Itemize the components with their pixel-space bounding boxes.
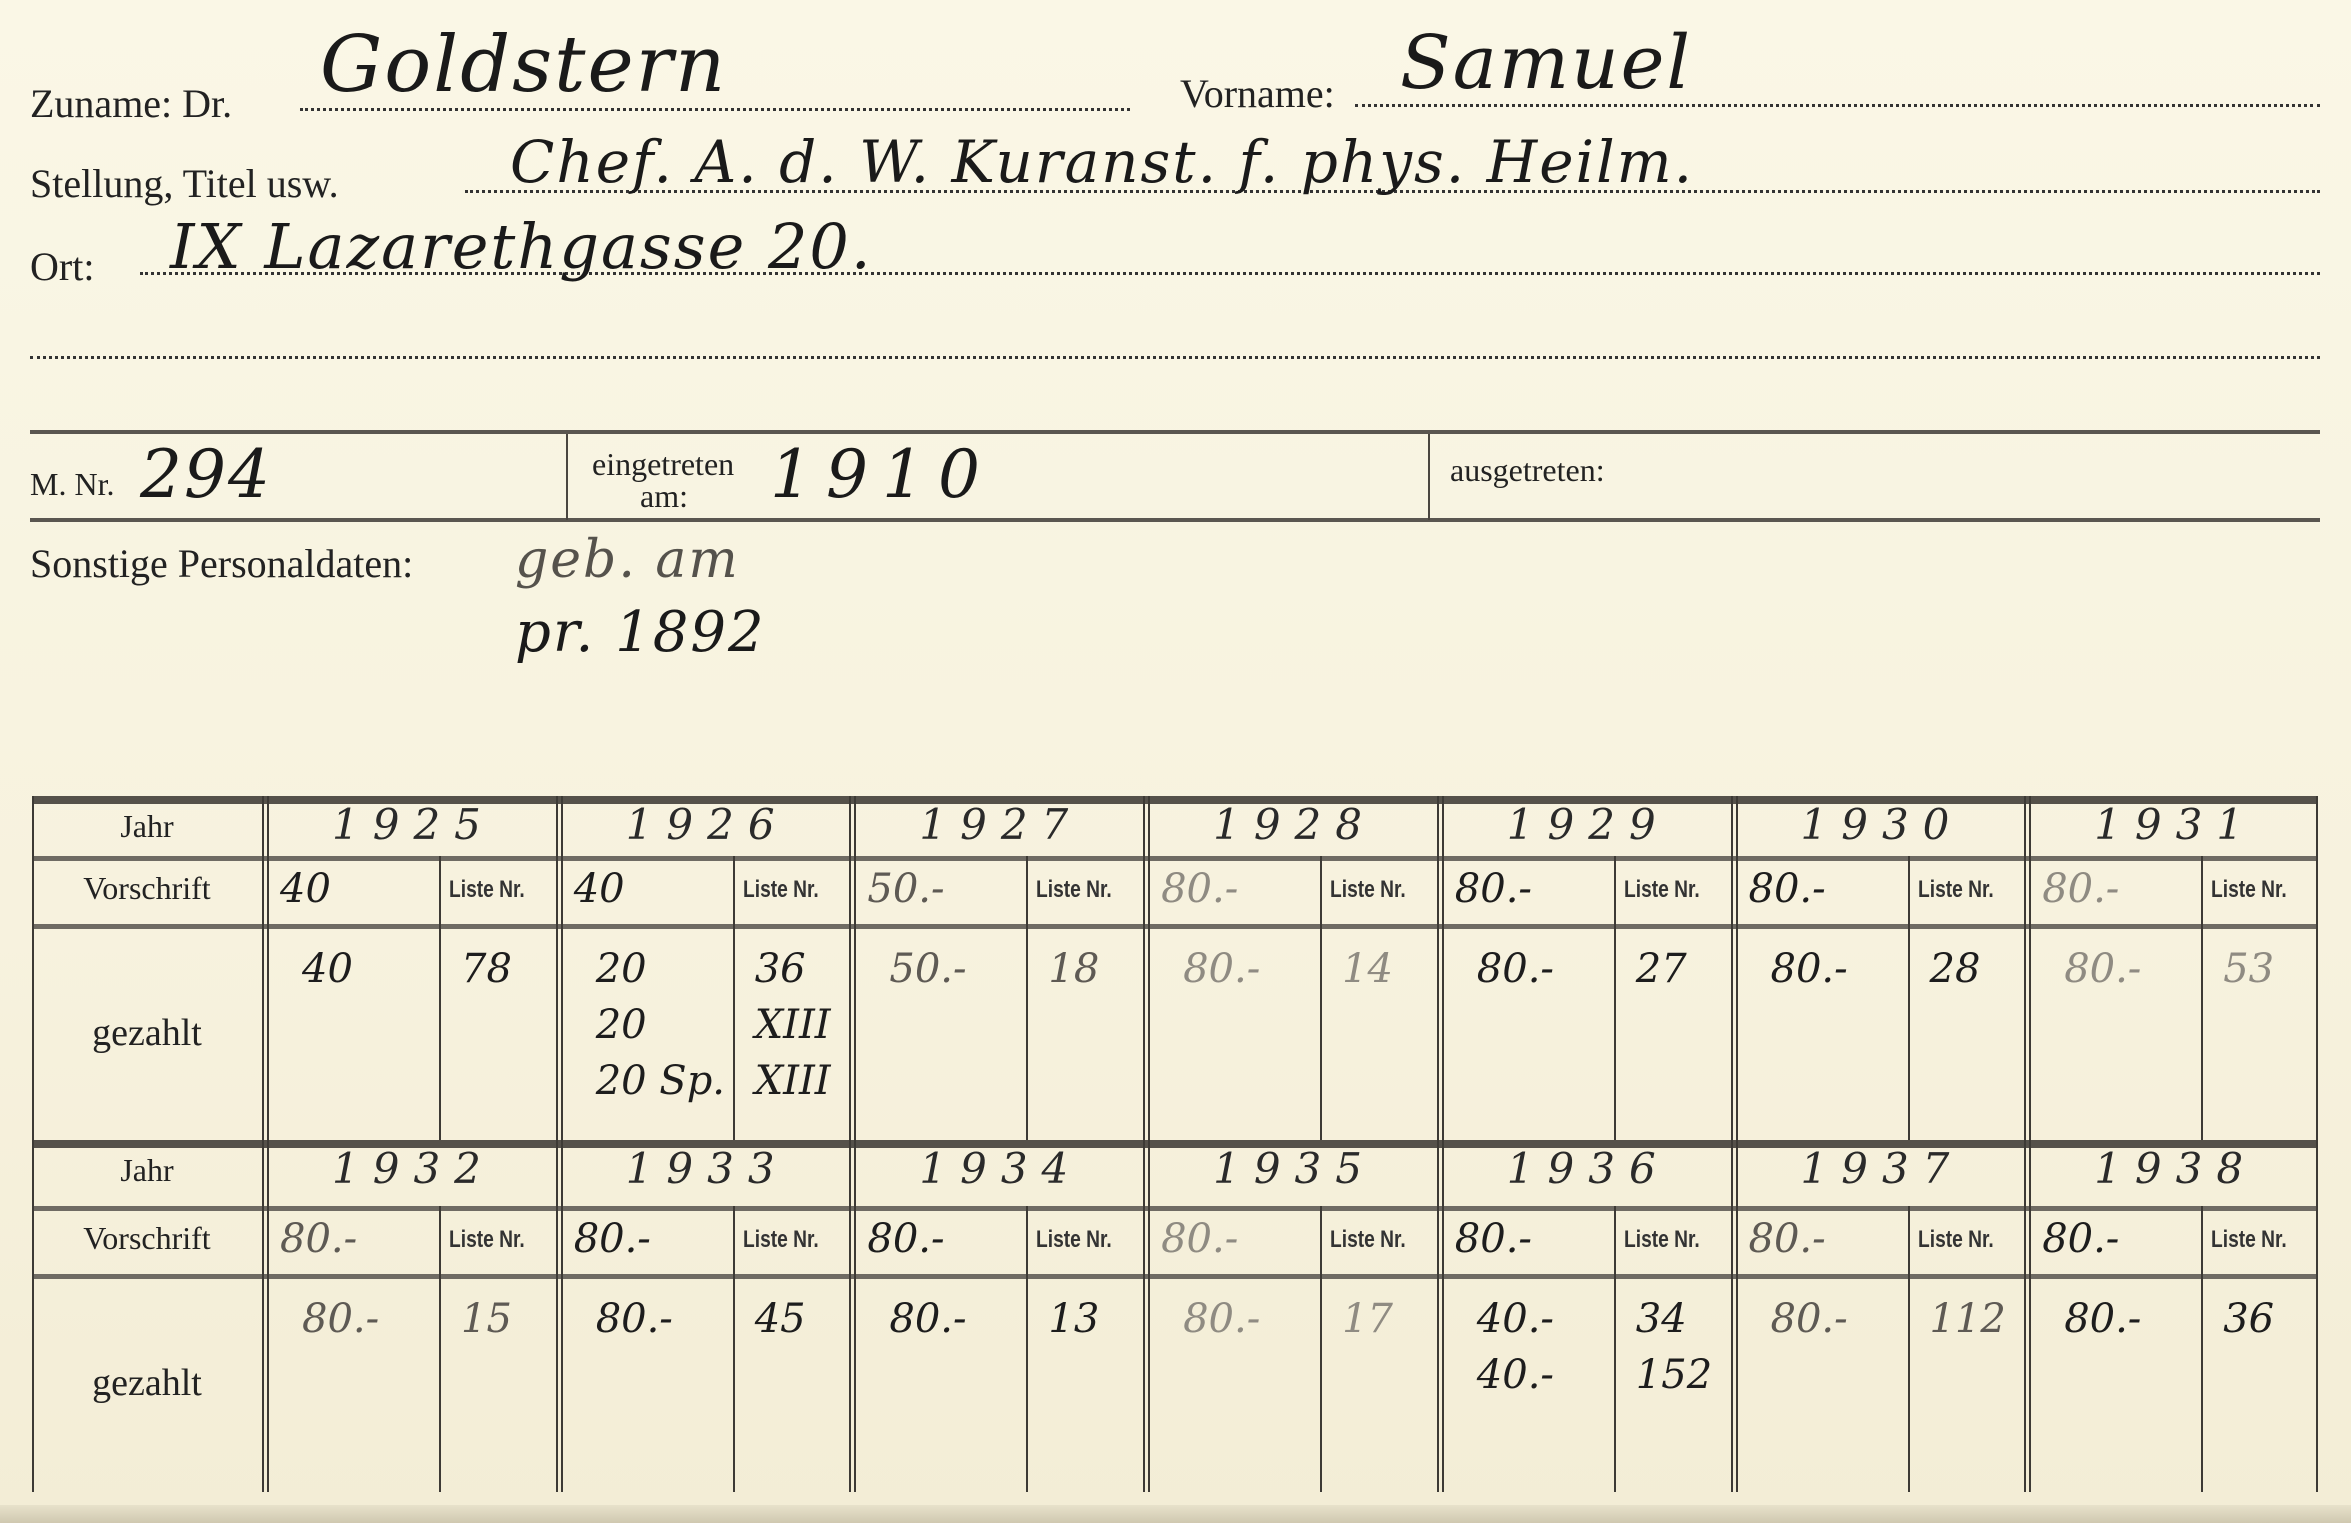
year-value: 1926 bbox=[626, 800, 789, 849]
paid-value: 80.- bbox=[1477, 940, 1554, 998]
year-value: 1925 bbox=[332, 800, 495, 849]
paid-label: gezahlt bbox=[32, 1361, 262, 1405]
membership-bottom-rule bbox=[30, 518, 2320, 522]
year-value: 1931 bbox=[2094, 800, 2257, 849]
year-block-border bbox=[556, 796, 563, 1141]
list-no-value: 36 bbox=[755, 940, 806, 998]
list-no-value: 14 bbox=[1342, 940, 1393, 998]
payments-table-1925-1931: JahrVorschriftgezahlt192540Liste Nr.4078… bbox=[32, 796, 2318, 1141]
position-value: Chef. A. d. W. Kuranst. f. phys. Heilm. bbox=[510, 128, 1694, 196]
list-no-divider bbox=[1320, 1206, 1322, 1492]
list-no-label: Liste Nr. bbox=[1036, 876, 1112, 904]
prescribed-value: 80.- bbox=[2042, 1210, 2119, 1268]
prescribed-label: Vorschrift bbox=[32, 1220, 262, 1257]
list-no-value: 13 bbox=[1048, 1290, 1099, 1348]
year-block-border bbox=[1731, 1140, 1738, 1492]
list-no-value: 18 bbox=[1048, 940, 1099, 998]
paid-value: 80.- bbox=[2064, 1290, 2141, 1348]
paid-value: 40 bbox=[302, 940, 353, 998]
list-no-divider bbox=[1614, 856, 1616, 1141]
list-no-label: Liste Nr. bbox=[449, 1226, 525, 1254]
firstname-label: Vorname: bbox=[1180, 70, 1335, 117]
prescribed-label: Vorschrift bbox=[32, 870, 262, 907]
left-label: ausgetreten: bbox=[1450, 452, 1605, 489]
paid-value: 20 bbox=[596, 940, 647, 998]
joined-label-2: am: bbox=[640, 478, 688, 515]
year-block-border bbox=[262, 796, 269, 1141]
list-no-divider bbox=[1908, 1206, 1910, 1492]
list-no-label: Liste Nr. bbox=[2211, 1226, 2287, 1254]
year-label: Jahr bbox=[32, 1152, 262, 1189]
paid-value: 80.- bbox=[1771, 1290, 1848, 1348]
paid-value: 20 Sp. bbox=[596, 1052, 725, 1110]
personal-data-line-2: pr. 1892 bbox=[515, 600, 766, 665]
paid-value: 80.- bbox=[1183, 1290, 1260, 1348]
list-no-value: 53 bbox=[2223, 940, 2274, 998]
list-no-value: 28 bbox=[1930, 940, 1981, 998]
paid-value: 40.- bbox=[1477, 1346, 1554, 1404]
joined-value: 1910 bbox=[770, 436, 994, 513]
prescribed-value: 80.- bbox=[1161, 1210, 1238, 1268]
prescribed-value: 80.- bbox=[280, 1210, 357, 1268]
paid-label: gezahlt bbox=[32, 1011, 262, 1055]
prescribed-value: 80.- bbox=[1161, 860, 1238, 918]
year-value: 1932 bbox=[332, 1144, 495, 1193]
membership-index-card: Zuname: Dr. Goldstern Vorname: Samuel St… bbox=[0, 0, 2351, 1523]
year-value: 1938 bbox=[2094, 1144, 2257, 1193]
paid-value: 80.- bbox=[1183, 940, 1260, 998]
year-value: 1927 bbox=[919, 800, 1082, 849]
year-value: 1929 bbox=[1507, 800, 1670, 849]
year-block-border bbox=[262, 1140, 269, 1492]
list-no-label: Liste Nr. bbox=[1918, 1226, 1994, 1254]
table-left-border bbox=[32, 1140, 34, 1492]
year-value: 1928 bbox=[1213, 800, 1376, 849]
prescribed-value: 50.- bbox=[867, 860, 944, 918]
prescribed-value: 80.- bbox=[574, 1210, 651, 1268]
list-no-value: 34 bbox=[1636, 1290, 1687, 1348]
paid-value: 20 bbox=[596, 996, 647, 1054]
prescribed-row-rule bbox=[32, 924, 2318, 929]
list-no-divider bbox=[1320, 856, 1322, 1141]
member-no-label: M. Nr. bbox=[30, 466, 114, 503]
year-block-border bbox=[1143, 796, 1150, 1141]
list-no-divider bbox=[2201, 856, 2203, 1141]
list-no-label: Liste Nr. bbox=[1036, 1226, 1112, 1254]
year-value: 1937 bbox=[1801, 1144, 1964, 1193]
list-no-value: 15 bbox=[461, 1290, 512, 1348]
position-label: Stellung, Titel usw. bbox=[30, 160, 339, 207]
prescribed-value: 80.- bbox=[867, 1210, 944, 1268]
year-value: 1933 bbox=[626, 1144, 789, 1193]
paid-value: 40.- bbox=[1477, 1290, 1554, 1348]
list-no-label: Liste Nr. bbox=[743, 876, 819, 904]
list-no-divider bbox=[1026, 856, 1028, 1141]
prescribed-row-rule bbox=[32, 1274, 2318, 1279]
surname-value: Goldstern bbox=[320, 20, 727, 110]
year-value: 1934 bbox=[919, 1144, 1082, 1193]
paid-value: 80.- bbox=[596, 1290, 673, 1348]
place-label: Ort: bbox=[30, 243, 94, 290]
membership-divider-2 bbox=[1428, 434, 1430, 520]
year-block-border bbox=[1437, 796, 1444, 1141]
personal-data-label: Sonstige Personaldaten: bbox=[30, 540, 413, 587]
membership-divider-1 bbox=[566, 434, 568, 520]
list-no-value: 27 bbox=[1636, 940, 1687, 998]
personal-data-line-1: geb. am bbox=[515, 530, 740, 590]
year-block-border bbox=[1143, 1140, 1150, 1492]
paid-value: 80.- bbox=[1771, 940, 1848, 998]
year-label: Jahr bbox=[32, 808, 262, 845]
prescribed-value: 40 bbox=[574, 860, 625, 918]
list-no-label: Liste Nr. bbox=[1624, 876, 1700, 904]
list-no-divider bbox=[1026, 1206, 1028, 1492]
year-block-border bbox=[849, 796, 856, 1141]
list-no-value: 36 bbox=[2223, 1290, 2274, 1348]
list-no-value: 45 bbox=[755, 1290, 806, 1348]
paid-value: 80.- bbox=[302, 1290, 379, 1348]
year-value: 1935 bbox=[1213, 1144, 1376, 1193]
list-no-label: Liste Nr. bbox=[743, 1226, 819, 1254]
list-no-label: Liste Nr. bbox=[449, 876, 525, 904]
paid-value: 80.- bbox=[2064, 940, 2141, 998]
list-no-value: 17 bbox=[1342, 1290, 1393, 1348]
prescribed-value: 40 bbox=[280, 860, 331, 918]
list-no-value: 112 bbox=[1930, 1290, 2006, 1348]
place-value: IX Lazarethgasse 20. bbox=[170, 210, 873, 283]
prescribed-value: 80.- bbox=[1749, 860, 1826, 918]
member-no-value: 294 bbox=[140, 436, 272, 513]
list-no-divider bbox=[439, 1206, 441, 1492]
year-value: 1930 bbox=[1801, 800, 1964, 849]
year-block-border bbox=[2024, 1140, 2031, 1492]
prescribed-value: 80.- bbox=[1455, 860, 1532, 918]
year-block-border bbox=[1731, 796, 1738, 1141]
list-no-label: Liste Nr. bbox=[1918, 876, 1994, 904]
list-no-value: XIII bbox=[755, 996, 831, 1054]
list-no-label: Liste Nr. bbox=[2211, 876, 2287, 904]
prescribed-value: 80.- bbox=[1749, 1210, 1826, 1268]
year-value: 1936 bbox=[1507, 1144, 1670, 1193]
payments-table-1932-1938: JahrVorschriftgezahlt193280.-Liste Nr.80… bbox=[32, 1140, 2318, 1492]
list-no-value: 78 bbox=[461, 940, 512, 998]
paid-value: 80.- bbox=[889, 1290, 966, 1348]
list-no-divider bbox=[439, 856, 441, 1141]
list-no-label: Liste Nr. bbox=[1330, 876, 1406, 904]
table-left-border bbox=[32, 796, 34, 1141]
list-no-divider bbox=[1908, 856, 1910, 1141]
list-no-value: 152 bbox=[1636, 1346, 1712, 1404]
table-right-border bbox=[2316, 1140, 2318, 1492]
list-no-divider bbox=[733, 1206, 735, 1492]
surname-label: Zuname: Dr. bbox=[30, 80, 232, 127]
table-right-border bbox=[2316, 796, 2318, 1141]
list-no-divider bbox=[733, 856, 735, 1141]
list-no-label: Liste Nr. bbox=[1624, 1226, 1700, 1254]
year-block-border bbox=[1437, 1140, 1444, 1492]
year-block-border bbox=[2024, 796, 2031, 1141]
year-block-border bbox=[849, 1140, 856, 1492]
list-no-divider bbox=[1614, 1206, 1616, 1492]
blank-line bbox=[30, 356, 2320, 359]
prescribed-value: 80.- bbox=[2042, 860, 2119, 918]
membership-top-rule bbox=[30, 430, 2320, 434]
list-no-label: Liste Nr. bbox=[1330, 1226, 1406, 1254]
prescribed-value: 80.- bbox=[1455, 1210, 1532, 1268]
list-no-value: XIII bbox=[755, 1052, 831, 1110]
firstname-value: Samuel bbox=[1400, 20, 1692, 106]
list-no-divider bbox=[2201, 1206, 2203, 1492]
paid-value: 50.- bbox=[889, 940, 966, 998]
year-block-border bbox=[556, 1140, 563, 1492]
